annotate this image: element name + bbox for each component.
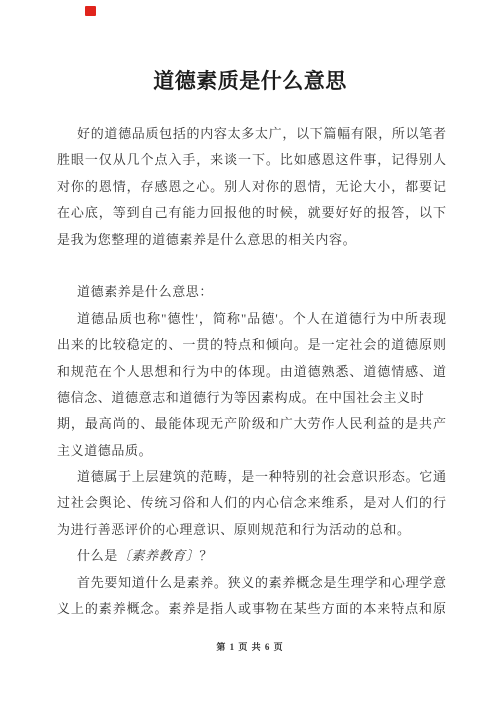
text-line: 在心底，等到自己有能力回报他的时候，就要好好的报答，以下 <box>57 200 446 226</box>
text-line: 义上的素养概念。素养是指人或事物在某些方面的本来特点和原 <box>57 596 446 622</box>
text-line: 道德素养是什么意思： <box>57 279 446 305</box>
text-line: 期，最高尚的、最能体现无产阶级和广大劳作人民利益的是共产 <box>57 411 446 437</box>
page-title: 道德素质是什么意思 <box>0 64 500 98</box>
text-line: 德信念、道德意志和道德行为等因素构成。在中国社会主义时 <box>57 385 446 411</box>
text-line: 对你的恩情，存感恩之心。别人对你的恩情，无论大小，都要记 <box>57 174 446 200</box>
text-line: 过社会舆论、传统习俗和人们的内心信念来维系，是对人们的行 <box>57 490 446 516</box>
document-body: 好的道德品质包括的内容太多太广，以下篇幅有限，所以笔者胜眼一仅从几个点入手，来谈… <box>57 121 446 622</box>
text-part: ？ <box>199 548 213 563</box>
text-line: 首先要知道什么是素养。狭义的素养概念是生理学和心理学意 <box>57 570 446 596</box>
text-line: 好的道德品质包括的内容太多太广，以下篇幅有限，所以笔者 <box>57 121 446 147</box>
blank-line <box>57 253 446 279</box>
text-part: 什么是 <box>77 548 118 563</box>
text-line: 胜眼一仅从几个点入手，来谈一下。比如感恩这件事，记得别人 <box>57 147 446 173</box>
document-page: 道德素质是什么意思 好的道德品质包括的内容太多太广，以下篇幅有限，所以笔者胜眼一… <box>0 0 500 707</box>
red-stamp-mark <box>85 6 96 16</box>
text-line: 是我为您整理的道德素养是什么意思的相关内容。 <box>57 227 446 253</box>
text-line: 出来的比较稳定的、一贯的特点和倾向。是一定社会的道德原则 <box>57 332 446 358</box>
page-footer: 第 1 页 共 6 页 <box>0 640 500 654</box>
text-line: 主义道德品质。 <box>57 438 446 464</box>
text-line: 道德品质也称"德性'，简称"品德'。个人在道德行为中所表现 <box>57 306 446 332</box>
text-line: 什么是〔素养教育〕？ <box>57 543 446 569</box>
text-line: 道德属于上层建筑的范畴，是一种特别的社会意识形态。它通 <box>57 464 446 490</box>
italic-term: 〔素养教育〕 <box>118 548 200 563</box>
text-line: 为进行善恶评价的心理意识、原则规范和行为活动的总和。 <box>57 517 446 543</box>
text-line: 和规范在个人思想和行为中的体现。由道德熟悉、道德情感、道 <box>57 359 446 385</box>
